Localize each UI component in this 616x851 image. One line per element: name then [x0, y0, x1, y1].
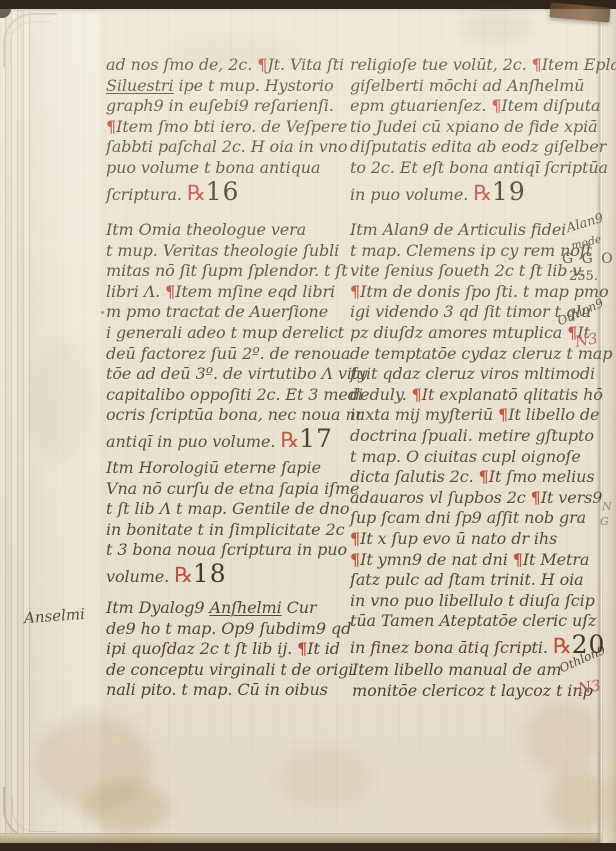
paragraph-mark: ¶ [498, 405, 508, 424]
signature-mark: ℞ [280, 428, 299, 452]
text-line: puo volume t bona antiqua [106, 158, 347, 179]
signature-mark: ℞ [174, 563, 193, 587]
text-line: m pmo tractat de Auerſione [106, 302, 367, 323]
text-line: giſelberti mōchi ad Anſhelmū [350, 76, 616, 97]
right-column-entry-manual: Item libello manual de ammonitōe clerico… [352, 660, 593, 701]
text-line: in puo volume. ℞19 [350, 179, 616, 200]
text-line: iuxta mij myſteriū ¶It libello de [350, 405, 612, 426]
text-line: de9 ho t map. Op9 ſubdim9 qd [106, 619, 353, 640]
page-stack-arc [10, 21, 51, 62]
text-line: t ſt lib Λ t map. Gentile de dno [106, 499, 359, 520]
page-top-edge [0, 9, 616, 13]
section-number: 18 [193, 559, 227, 588]
text-line: t map. O ciuitas cupl oignoſe [350, 447, 612, 468]
text-line: ſatz pulc ad ſtam trinit. H oia [350, 570, 612, 591]
text-line: de conceptu virginali t de origi [106, 660, 353, 681]
text-line: monitōe clericoz t laycoz t inp [352, 681, 593, 702]
text-line: Siluestri ipe t mup. Hystorio [106, 76, 347, 97]
text-line: deū factorez ſuū 2º. de renoua [106, 344, 367, 365]
text-line: diſputatis edita ab eodz giſelber [350, 137, 616, 158]
text-line: tio Judei cū xpiano de fide xpiā [350, 117, 616, 138]
paragraph-mark: ¶ [412, 385, 422, 404]
page-stack-arc [12, 795, 57, 832]
stain [462, 13, 532, 41]
paragraph-mark: ¶ [479, 467, 489, 486]
text-line: Vna nō curſu de etna ſapia iſme [106, 479, 359, 500]
text-line: capitalibo oppoſiti 2c. Et 3 medi [106, 385, 367, 406]
text-line: ¶Itm de donis ſpo ſti. t map pmo [350, 282, 612, 303]
text-line: ¶Item ſmo bti iero. de Veſpere [106, 117, 347, 138]
edge-mark: N [602, 500, 612, 513]
text-line: fuit qdaz cleruz viros mltimodi [350, 364, 612, 385]
text-line: ¶It x ſup evo ū nato dr ihs [350, 529, 612, 550]
text-line: in bonitate t in ſimplicitate 2c [106, 520, 359, 541]
text-line: i generali adeo t mup derelict [106, 323, 367, 344]
stain [524, 699, 600, 775]
section-number: 19 [492, 177, 526, 206]
text-line: Itm Horologiū eterne ſapie [106, 458, 359, 479]
paragraph-mark: ¶ [491, 96, 501, 115]
text-line: ipi quoſdaz 2c t ſt lib ij. ¶It id [106, 639, 353, 660]
text-line: in vno puo libellulo t diuſa ſcip [350, 591, 612, 612]
signature-mark: ℞ [187, 181, 206, 205]
text-line: doctrina ſpuali. metire gſtupto [350, 426, 612, 447]
text-line: to 2c. Et eſt bona antiqī ſcriptūa [350, 158, 616, 179]
manuscript-photo: ad nos ſmo de, 2c. ¶Jt. Vita ſtiSiluestr… [0, 0, 616, 851]
left-column-entry-anselm: Itm Dyalog9 Anſhelmi Curde9 ho t map. Op… [106, 598, 353, 701]
binding-corner [549, 2, 610, 22]
text-line: ¶It ymn9 de nat dni ¶It Metra [350, 550, 612, 571]
text-line: ſup ſcam dni ſp9 aſſit nob gra [350, 508, 612, 529]
paragraph-mark: ¶ [165, 282, 175, 301]
text-line: Itm Omia theologue vera [106, 220, 367, 241]
paragraph-mark: ¶ [513, 550, 523, 569]
signature-mark: ℞ [473, 181, 492, 205]
paragraph-mark: ¶ [106, 117, 116, 136]
text-line: t mup. Veritas theologie ſubli [106, 241, 367, 262]
text-line: religioſe tue volūt, 2c. ¶Item Epla [350, 55, 616, 76]
left-column-entry-17: Itm Omia theologue verat mup. Veritas th… [106, 220, 367, 447]
paragraph-mark: ¶ [257, 55, 267, 74]
text-line: epm gtuarienſez. ¶Item diſputa [350, 96, 616, 117]
text-line: ſabbti paſchal 2c. H oia in vno [106, 137, 347, 158]
text-line: mitas nō ſit ſupm ſplendor. t ſt [106, 261, 367, 282]
text-line: ſcriptura. ℞16 [106, 179, 347, 200]
paragraph-mark: ¶ [531, 488, 541, 507]
paragraph-mark: ¶ [350, 529, 360, 548]
text-line: tūa Tamen Ateptatōe cleric uſz [350, 611, 612, 632]
text-line: tōe ad deū 3º. de virtutibo Λ vity [106, 364, 367, 385]
text-line: ocris ſcriptūa bona, nec noua nr [106, 405, 367, 426]
text-line: Itm Dyalog9 Anſhelmi Cur [106, 598, 353, 619]
stain [276, 747, 372, 809]
margin-shelfmark-letters: G G O [562, 251, 615, 267]
page-bottom-edges [0, 833, 616, 843]
text-line: graph9 in euſebi9 reſarienſi. [106, 96, 347, 117]
right-column-entry-20: Itm Alan9 de Articulis fideit map. Cleme… [350, 220, 612, 652]
right-column-entry-19: religioſe tue volūt, 2c. ¶Item Eplagiſel… [350, 55, 616, 199]
left-column-entry-16: ad nos ſmo de, 2c. ¶Jt. Vita ſtiSiluestr… [106, 55, 347, 199]
text-line: de temptatōe cydaz cleruz t map [350, 344, 612, 365]
page-edges-gutter [0, 9, 100, 843]
paragraph-mark: ¶ [297, 639, 307, 658]
text-line: in finez bona ātiq ſcripti. ℞20 [350, 632, 612, 653]
left-column-entry-18: Itm Horologiū eterne ſapieVna nō curſu d… [106, 458, 359, 582]
section-number: 16 [206, 177, 240, 206]
paragraph-mark: ¶ [350, 282, 360, 301]
book-page: ad nos ſmo de, 2c. ¶Jt. Vita ſtiSiluestr… [0, 9, 616, 843]
margin-shelfmark-number: 255. [569, 269, 598, 284]
text-line: antiqī in puo volume. ℞17 [106, 426, 367, 447]
ink-speck [101, 311, 104, 314]
text-line: ad nos ſmo de, 2c. ¶Jt. Vita ſti [106, 55, 347, 76]
text-line: t 3 bona noua ſcriptura in puo [106, 540, 359, 561]
signature-mark: ℞ [553, 634, 572, 658]
edge-mark: G [600, 515, 609, 528]
text-line: volume. ℞18 [106, 561, 359, 582]
paragraph-mark: ¶ [532, 55, 542, 74]
text-line: dicta ſalutis 2c. ¶It ſmo melius [350, 467, 612, 488]
section-number: 17 [299, 424, 333, 453]
text-line: adauaros vl ſupbos 2c ¶It vers9 [350, 488, 612, 509]
text-line: deduly. ¶It explanatō qlitatis hō [350, 385, 612, 406]
text-line: libri Λ. ¶Item mſine eqd libri [106, 282, 367, 303]
paragraph-mark: ¶ [350, 550, 360, 569]
text-line: nali pito. t map. Cū in oibus [106, 680, 353, 701]
